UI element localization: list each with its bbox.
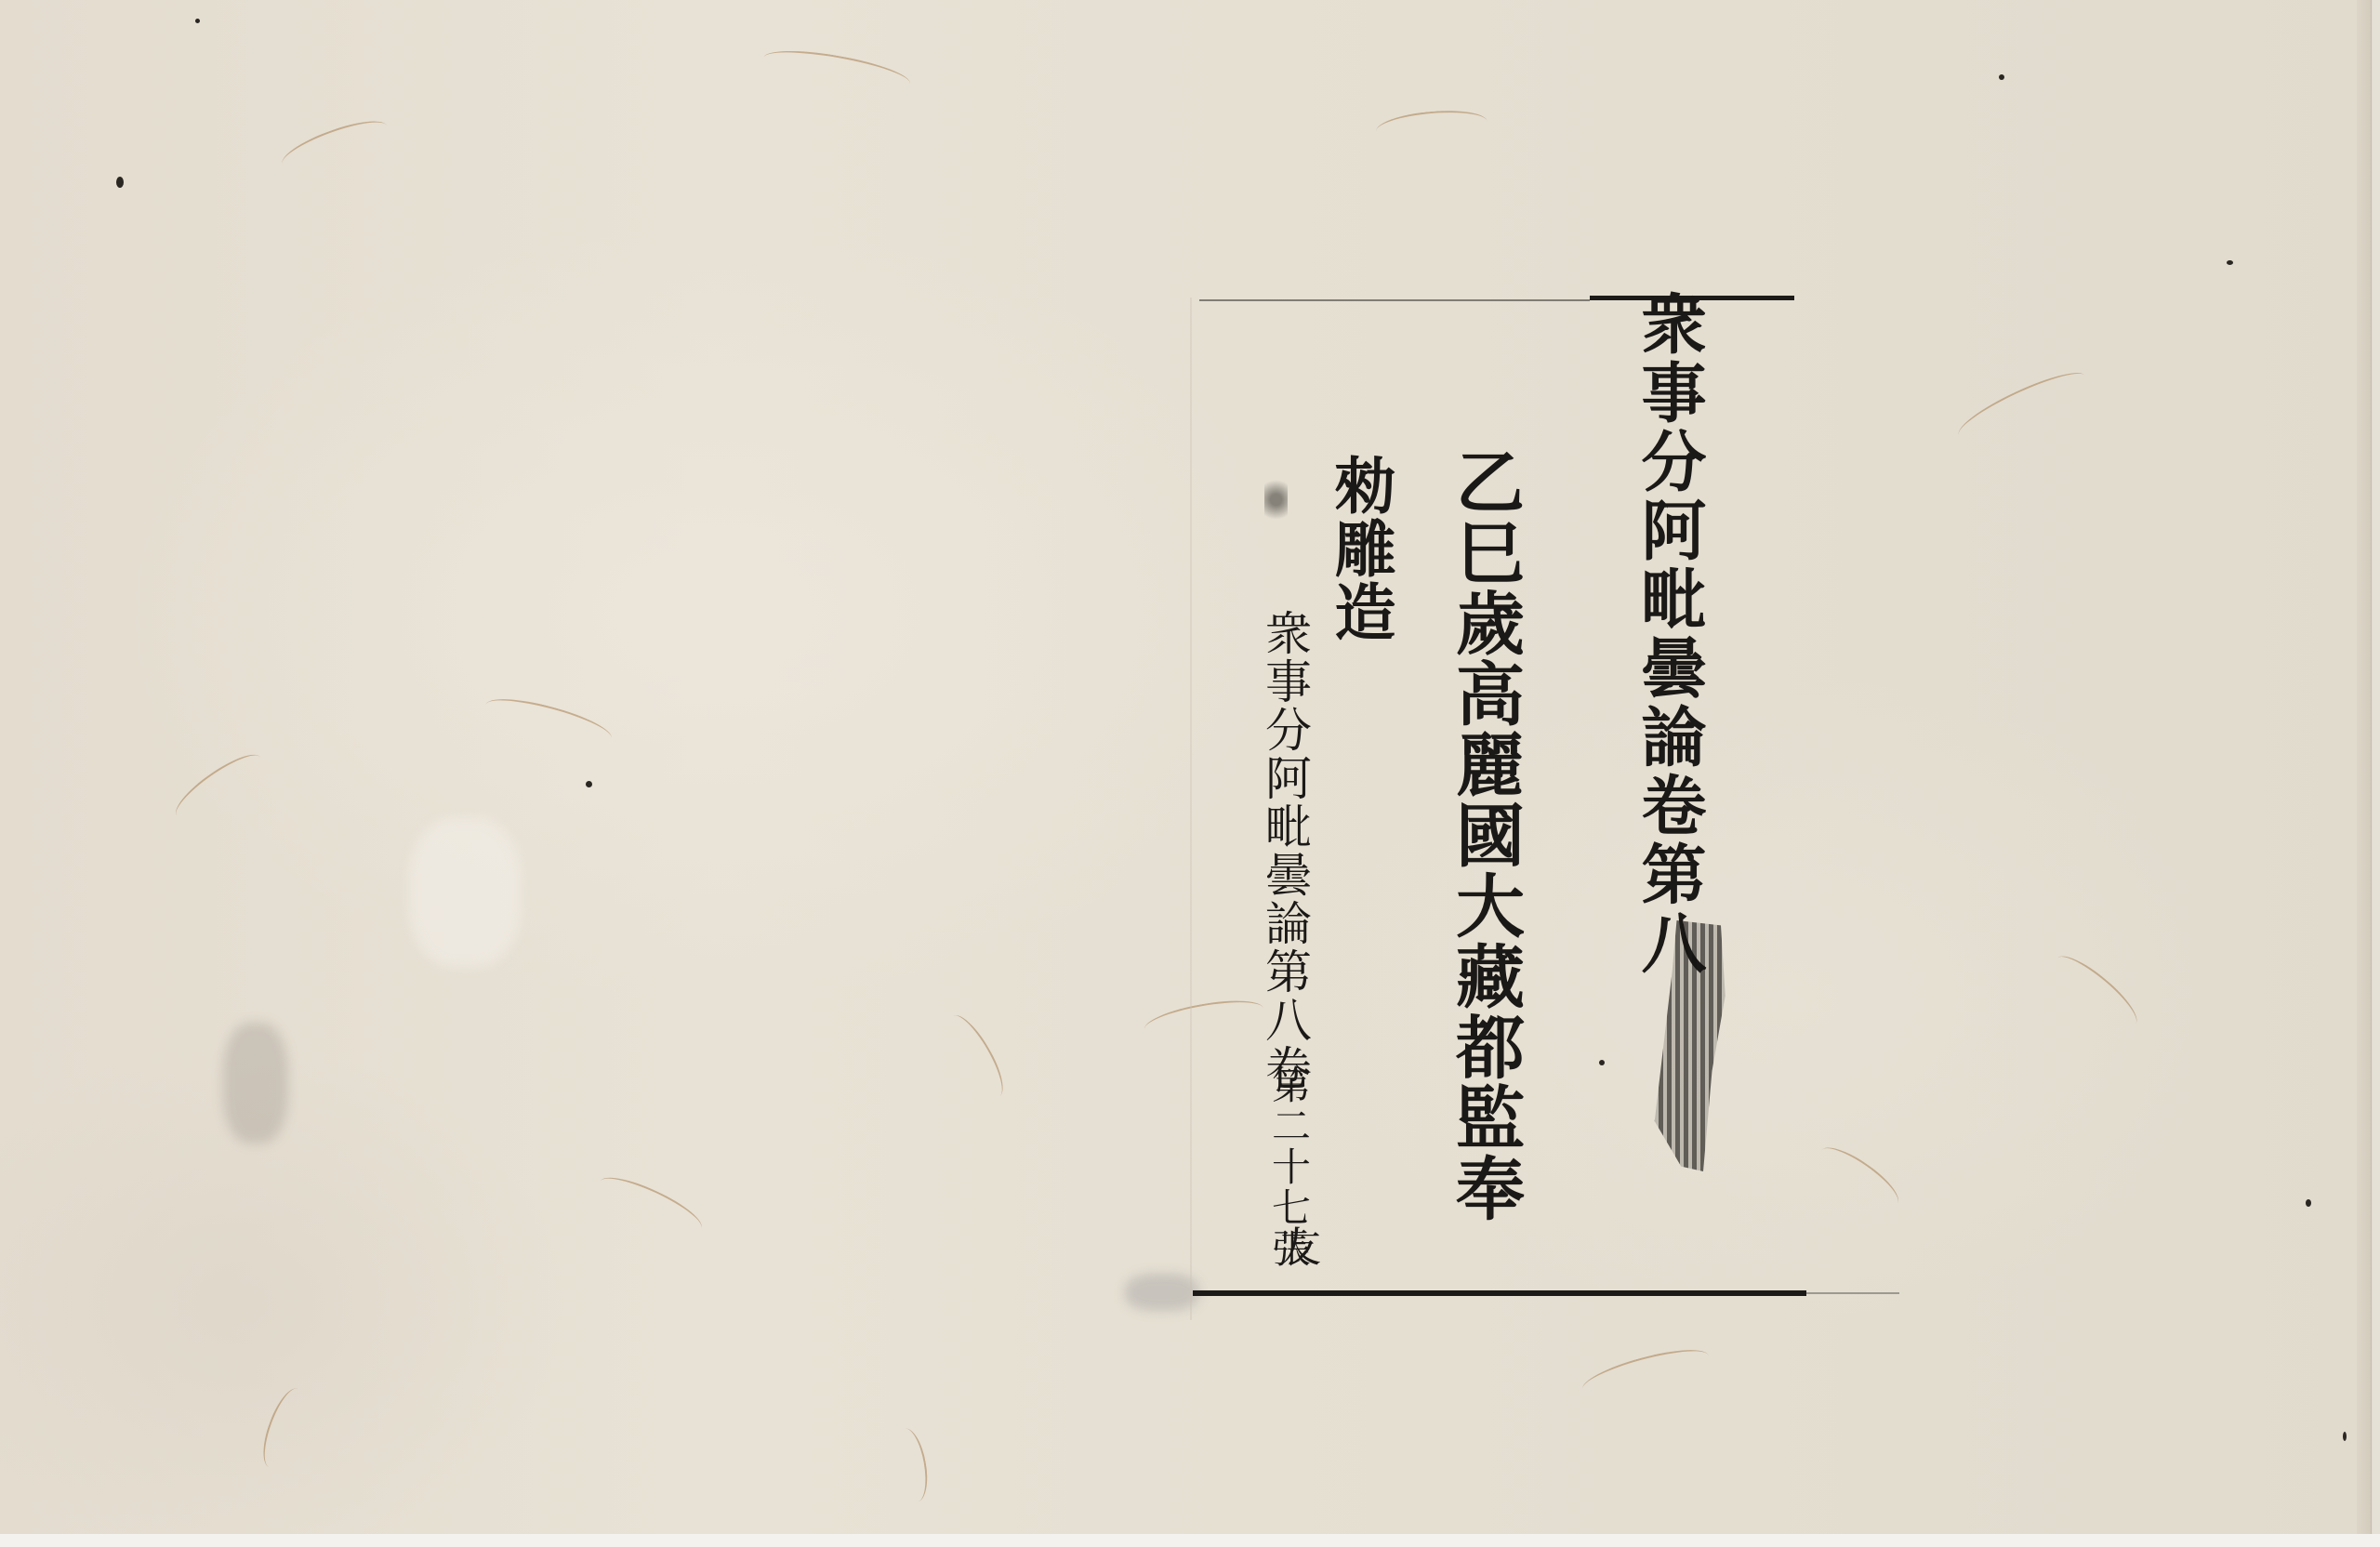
ink-speck xyxy=(586,781,592,787)
paper-fiber xyxy=(1579,1341,1712,1403)
paper-fiber xyxy=(277,112,392,178)
paper-fiber xyxy=(482,690,615,752)
frame-bottom-line-tail xyxy=(1806,1292,1899,1294)
ink-speck xyxy=(116,177,124,188)
ink-speck xyxy=(2306,1199,2311,1207)
frame-bottom-line xyxy=(1193,1290,1806,1296)
paper-fiber xyxy=(594,1168,707,1242)
paper-page: 衆事分阿毗曇論卷第八 乙巳歲高麗國大藏都監奉 勑雕造 衆事分阿毗曇論第八卷 第二… xyxy=(0,0,2380,1534)
paper-fiber xyxy=(760,43,912,98)
paper-fiber xyxy=(890,1426,932,1504)
paper-fiber xyxy=(1813,1138,1906,1216)
page-right-edge xyxy=(2357,0,2380,1547)
sutra-title-column: 衆事分阿毗曇論卷第八 xyxy=(1636,290,1701,978)
ink-speck xyxy=(1599,1060,1605,1065)
ink-speck xyxy=(2227,260,2233,265)
faint-stain xyxy=(223,1023,288,1144)
paper-fiber xyxy=(1142,994,1266,1044)
paper-fiber xyxy=(168,745,269,827)
paper-fiber xyxy=(1375,107,1488,146)
colophon-column: 乙巳歲高麗國大藏都監奉 xyxy=(1450,446,1519,1223)
paper-fiber xyxy=(2048,946,2146,1035)
paper-fiber xyxy=(256,1383,312,1473)
faint-stain xyxy=(409,818,521,967)
faint-stain xyxy=(1125,1274,1199,1311)
edict-column: 勑雕造 xyxy=(1329,454,1391,643)
ink-speck xyxy=(2343,1432,2347,1441)
carver-mark: 友 xyxy=(1276,1225,1316,1266)
faint-ink-mark xyxy=(1264,474,1288,525)
frame-top-line-faint xyxy=(1199,299,1590,301)
margin-title-column: 衆事分阿毗曇論第八卷 xyxy=(1262,609,1308,1092)
ink-speck xyxy=(1999,74,2004,80)
paper-fiber xyxy=(1952,363,2091,448)
paper-fiber xyxy=(940,1009,1012,1104)
ink-speck xyxy=(195,19,200,23)
scan-seam xyxy=(1190,297,1192,1320)
scan-bottom-margin xyxy=(0,1534,2380,1547)
